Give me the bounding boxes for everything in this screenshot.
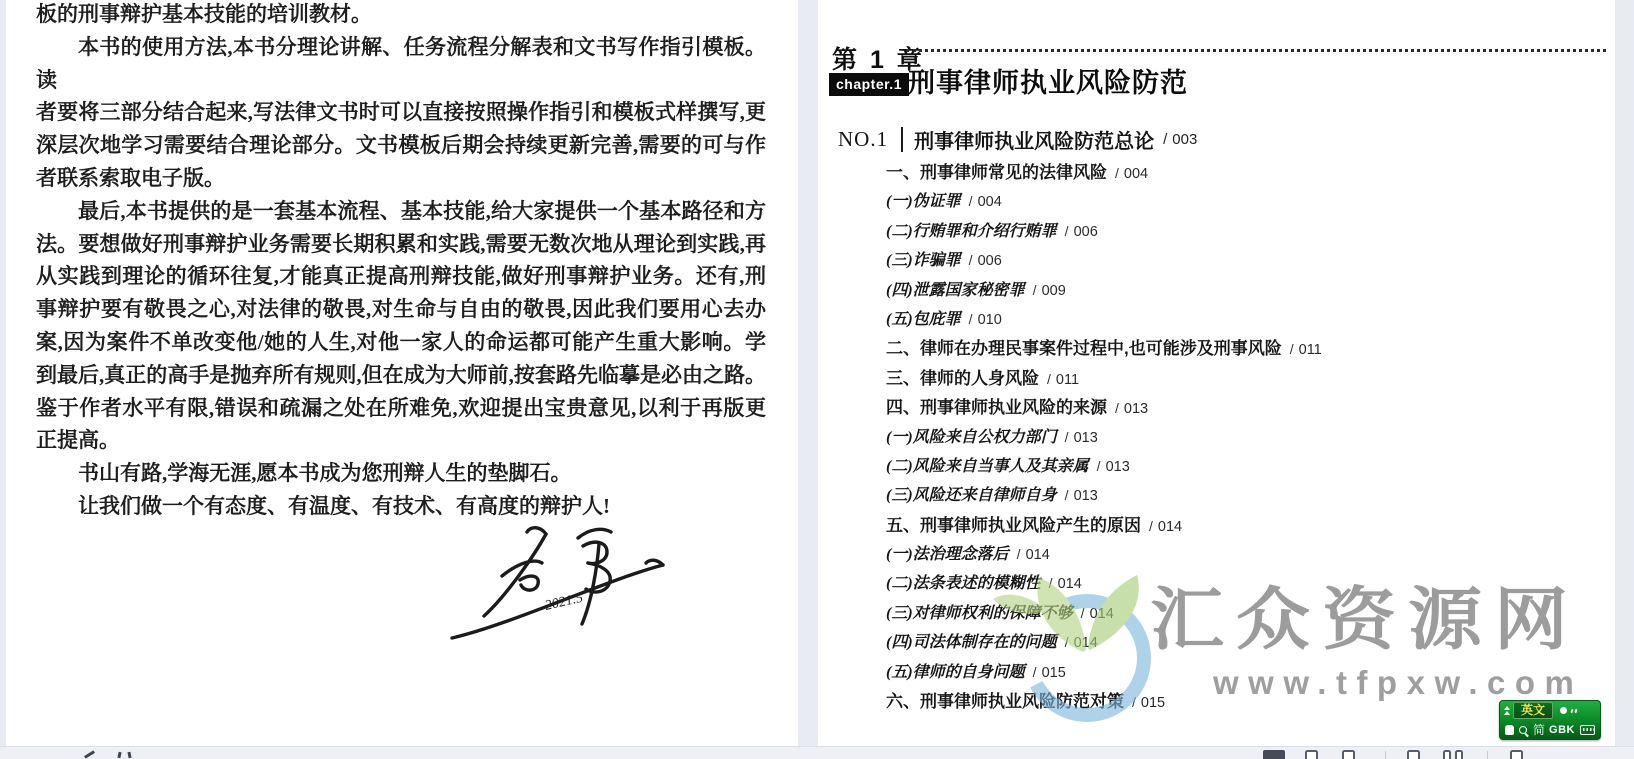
- toc-page-number: 006: [978, 253, 1002, 269]
- toc-page-number: 013: [1074, 488, 1098, 504]
- ime-encoding-label[interactable]: GBK: [1549, 724, 1575, 736]
- keyboard-icon[interactable]: [1580, 725, 1595, 735]
- ime-status-dot-icon[interactable]: [1560, 707, 1567, 714]
- two-page-view-icon[interactable]: [1443, 750, 1451, 759]
- book-text-line: 到最后,真正的高手是抛弃所有规则,但在成为大师前,按套路先临摹是必由之路。: [36, 359, 766, 392]
- toc-page-number: 006: [1074, 224, 1098, 240]
- toc-page-separator: /: [1290, 341, 1294, 357]
- single-page-view-icon[interactable]: [1305, 750, 1318, 759]
- book-page-right: 第 1 章 chapter.1 刑事律师执业风险防范 NO.1 刑事律师执业风险…: [818, 0, 1615, 746]
- toc-page-number: 015: [1141, 695, 1165, 711]
- toc-page-number: 011: [1056, 372, 1079, 388]
- book-text-line: 事辩护要有敬畏之心,对法律的敬畏,对生命与自由的敬畏,因此我们要用心去办: [36, 293, 766, 326]
- ime-simplified-toggle[interactable]: 简: [1533, 721, 1545, 738]
- toc-item: (二)风险来自当事人及其亲属/013: [886, 452, 1322, 481]
- section-number: NO.1: [838, 127, 888, 152]
- left-page-text: 板的刑事辩护基本技能的培训教材。本书的使用方法,本书分理论讲解、任务流程分解表和…: [36, 0, 766, 523]
- toolbar-divider: [1385, 751, 1386, 759]
- toc-page-separator: /: [1065, 429, 1069, 445]
- toc-page-separator: /: [1065, 634, 1069, 650]
- toolbar-divider: [1487, 751, 1488, 759]
- toc-item: (二)行贿罪和介绍行贿罪/006: [886, 217, 1322, 246]
- toc-section-heading: NO.1 刑事律师执业风险防范总论 /003: [838, 125, 1197, 154]
- book-text-line: 正提高。: [36, 424, 766, 457]
- book-text-line: 最后,本书提供的是一套基本流程、基本技能,给大家提供一个基本路径和方: [36, 195, 766, 228]
- toc-item: (五)律师的自身问题/015: [886, 658, 1322, 687]
- ime-panel: 英文 简 GBK: [1499, 700, 1601, 740]
- toc-item-label: 二、律师在办理民事案件过程中,也可能涉及刑事风险: [886, 339, 1282, 358]
- signature-strokes: 2021.5: [434, 514, 674, 646]
- book-text-line: 者联系索取电子版。: [36, 162, 766, 195]
- two-page-view-icon[interactable]: [1455, 750, 1463, 759]
- chapter-number-en-badge: chapter.1: [829, 73, 909, 96]
- toc-item: 三、律师的人身风险/011: [886, 364, 1322, 393]
- toc-item: (四)司法体制存在的问题/014: [886, 628, 1322, 657]
- book-text-line: 本书的使用方法,本书分理论讲解、任务流程分解表和文书写作指引模板。读: [36, 31, 766, 97]
- toc-item-label: (二)行贿罪和介绍行贿罪: [886, 223, 1057, 240]
- toc-item-label: (三)诈骗罪: [886, 252, 961, 269]
- toc-page-separator: /: [1065, 487, 1069, 503]
- toc-item-label: (一)伪证罪: [886, 193, 961, 210]
- toc-page-number: 004: [1124, 166, 1148, 182]
- toc-page-separator: /: [969, 252, 973, 268]
- toc-page-separator: /: [1047, 371, 1051, 387]
- toc-item-label: (四)司法体制存在的问题: [886, 634, 1057, 651]
- toc-item-label: (三)对律师权利的保障不够: [886, 605, 1073, 622]
- toc-item: (一)风险来自公权力部门/013: [886, 423, 1322, 452]
- toc-item: (二)法条表述的模糊性/014: [886, 569, 1322, 598]
- toc-item: 一、刑事律师常见的法律风险/004: [886, 158, 1322, 187]
- toc-page-separator: /: [1115, 400, 1119, 416]
- toc-page-number: 010: [978, 312, 1002, 328]
- ime-row-top: 英文: [1500, 701, 1600, 720]
- toc-page-number: 011: [1299, 342, 1322, 358]
- toc-item-label: (二)风险来自当事人及其亲属: [886, 458, 1089, 475]
- fit-page-view-icon[interactable]: [1342, 750, 1355, 759]
- toc-item-label: 四、刑事律师执业风险的来源: [886, 398, 1107, 417]
- search-icon[interactable]: [1519, 726, 1527, 734]
- toc-page-number: 014: [1026, 547, 1050, 563]
- toc-page-number: 014: [1074, 635, 1098, 651]
- toc-item-label: (五)律师的自身问题: [886, 664, 1025, 681]
- toc-page-separator: /: [1033, 282, 1037, 298]
- toc-page-separator: /: [1097, 458, 1101, 474]
- toc-item: (三)诈骗罪/006: [886, 246, 1322, 275]
- toc-list: 一、刑事律师常见的法律风险/004(一)伪证罪/004(二)行贿罪和介绍行贿罪/…: [886, 158, 1322, 716]
- toc-page-number: 014: [1058, 576, 1082, 592]
- toc-page-separator: /: [1017, 546, 1021, 562]
- toc-item: (五)包庇罪/010: [886, 305, 1322, 334]
- toc-item-label: 六、刑事律师执业风险防范对策: [886, 692, 1124, 711]
- toc-item: (三)对律师权利的保障不够/014: [886, 599, 1322, 628]
- toc-item-label: 三、律师的人身风险: [886, 369, 1039, 388]
- signature-date: 2021.5: [544, 591, 585, 614]
- toc-item: 四、刑事律师执业风险的来源/013: [886, 393, 1322, 422]
- toc-page-number: 009: [1042, 283, 1066, 299]
- toc-page-separator: /: [1033, 664, 1037, 680]
- toc-page-number: 014: [1158, 519, 1182, 535]
- toc-page-number: 013: [1106, 459, 1130, 475]
- book-text-line: 板的刑事辩护基本技能的培训教材。: [36, 0, 766, 31]
- ime-expand-icon[interactable]: [1504, 706, 1510, 715]
- toc-page-separator: /: [969, 193, 973, 209]
- chapter-title: 刑事律师执业风险防范: [908, 61, 1188, 100]
- section-divider-bar: [901, 127, 903, 152]
- toc-page-number: 004: [978, 194, 1002, 210]
- toc-item: 六、刑事律师执业风险防范对策/015: [886, 687, 1322, 716]
- view-mode-active-icon[interactable]: [1263, 750, 1285, 759]
- toc-page-separator: /: [1115, 165, 1119, 181]
- toc-item: (四)泄露国家秘密罪/009: [886, 276, 1322, 305]
- toc-item: 五、刑事律师执业风险产生的原因/014: [886, 511, 1322, 540]
- ime-mode-button[interactable]: 英文: [1513, 702, 1553, 719]
- fullscreen-view-icon[interactable]: [1510, 750, 1523, 759]
- toc-page-separator: /: [1132, 694, 1136, 710]
- author-signature: 2021.5: [434, 514, 674, 646]
- toc-item-label: (一)风险来自公权力部门: [886, 429, 1057, 446]
- toc-item: (一)法治理念落后/014: [886, 540, 1322, 569]
- continuous-view-icon[interactable]: [1407, 750, 1420, 759]
- book-text-line: 案,因为案件不单改变他/她的人生,对他一家人的命运都可能产生重大影响。学: [36, 326, 766, 359]
- toc-page-number: 013: [1074, 430, 1098, 446]
- section-page-number: /003: [1163, 131, 1197, 148]
- book-text-line: 鉴于作者水平有限,错误和疏漏之处在所难免,欢迎提出宝贵意见,以利于再版更: [36, 392, 766, 425]
- toc-item-label: 五、刑事律师执业风险产生的原因: [886, 516, 1141, 535]
- toc-item-label: 一、刑事律师常见的法律风险: [886, 163, 1107, 182]
- toc-item: (一)伪证罪/004: [886, 187, 1322, 216]
- toc-item-label: (一)法治理念落后: [886, 546, 1009, 563]
- ime-punctuation-icon[interactable]: [1571, 709, 1577, 713]
- reader-bottom-bar: [0, 746, 1634, 759]
- book-page-left: 板的刑事辩护基本技能的培训教材。本书的使用方法,本书分理论讲解、任务流程分解表和…: [6, 0, 798, 746]
- toc-item: (三)风险还来自律师自身/013: [886, 481, 1322, 510]
- document-viewer: 板的刑事辩护基本技能的培训教材。本书的使用方法,本书分理论讲解、任务流程分解表和…: [0, 0, 1634, 759]
- toc-item-label: (四)泄露国家秘密罪: [886, 282, 1025, 299]
- toc-page-separator: /: [969, 311, 973, 327]
- dotted-rule: [906, 49, 1606, 52]
- book-text-line: 法。要想做好刑事辩护业务需要长期积累和实践,需要无数次地从理论到实践,再: [36, 228, 766, 261]
- book-text-line: 从实践到理论的循环往复,才能真正提高刑辩技能,做好刑事辩护业务。还有,刑: [36, 260, 766, 293]
- toc-page-separator: /: [1081, 605, 1085, 621]
- toc-page-number: 015: [1042, 665, 1066, 681]
- book-text-line: 者要将三部分结合起来,写法律文书时可以直接按照操作指引和模板式样撰写,更: [36, 96, 766, 129]
- book-text-line: 深层次地学习需要结合理论部分。文书模板后期会持续更新完善,需要的可与作: [36, 129, 766, 162]
- book-text-line: 书山有路,学海无涯,愿本书成为您刑辩人生的垫脚石。: [36, 457, 766, 490]
- toc-page-separator: /: [1065, 223, 1069, 239]
- toc-item-label: (五)包庇罪: [886, 311, 961, 328]
- toc-page-separator: /: [1049, 575, 1053, 591]
- ime-row-bottom: 简 GBK: [1500, 720, 1600, 739]
- toc-item-label: (三)风险还来自律师自身: [886, 487, 1057, 504]
- toc-page-number: 014: [1090, 606, 1114, 622]
- toc-item-label: (二)法条表述的模糊性: [886, 575, 1041, 592]
- toc-page-separator: /: [1149, 518, 1153, 534]
- toc-page-number: 013: [1124, 401, 1148, 417]
- toc-item: 二、律师在办理民事案件过程中,也可能涉及刑事风险/011: [886, 334, 1322, 363]
- section-title: 刑事律师执业风险防范总论: [914, 125, 1154, 154]
- hand-tool-icon[interactable]: [1505, 725, 1514, 735]
